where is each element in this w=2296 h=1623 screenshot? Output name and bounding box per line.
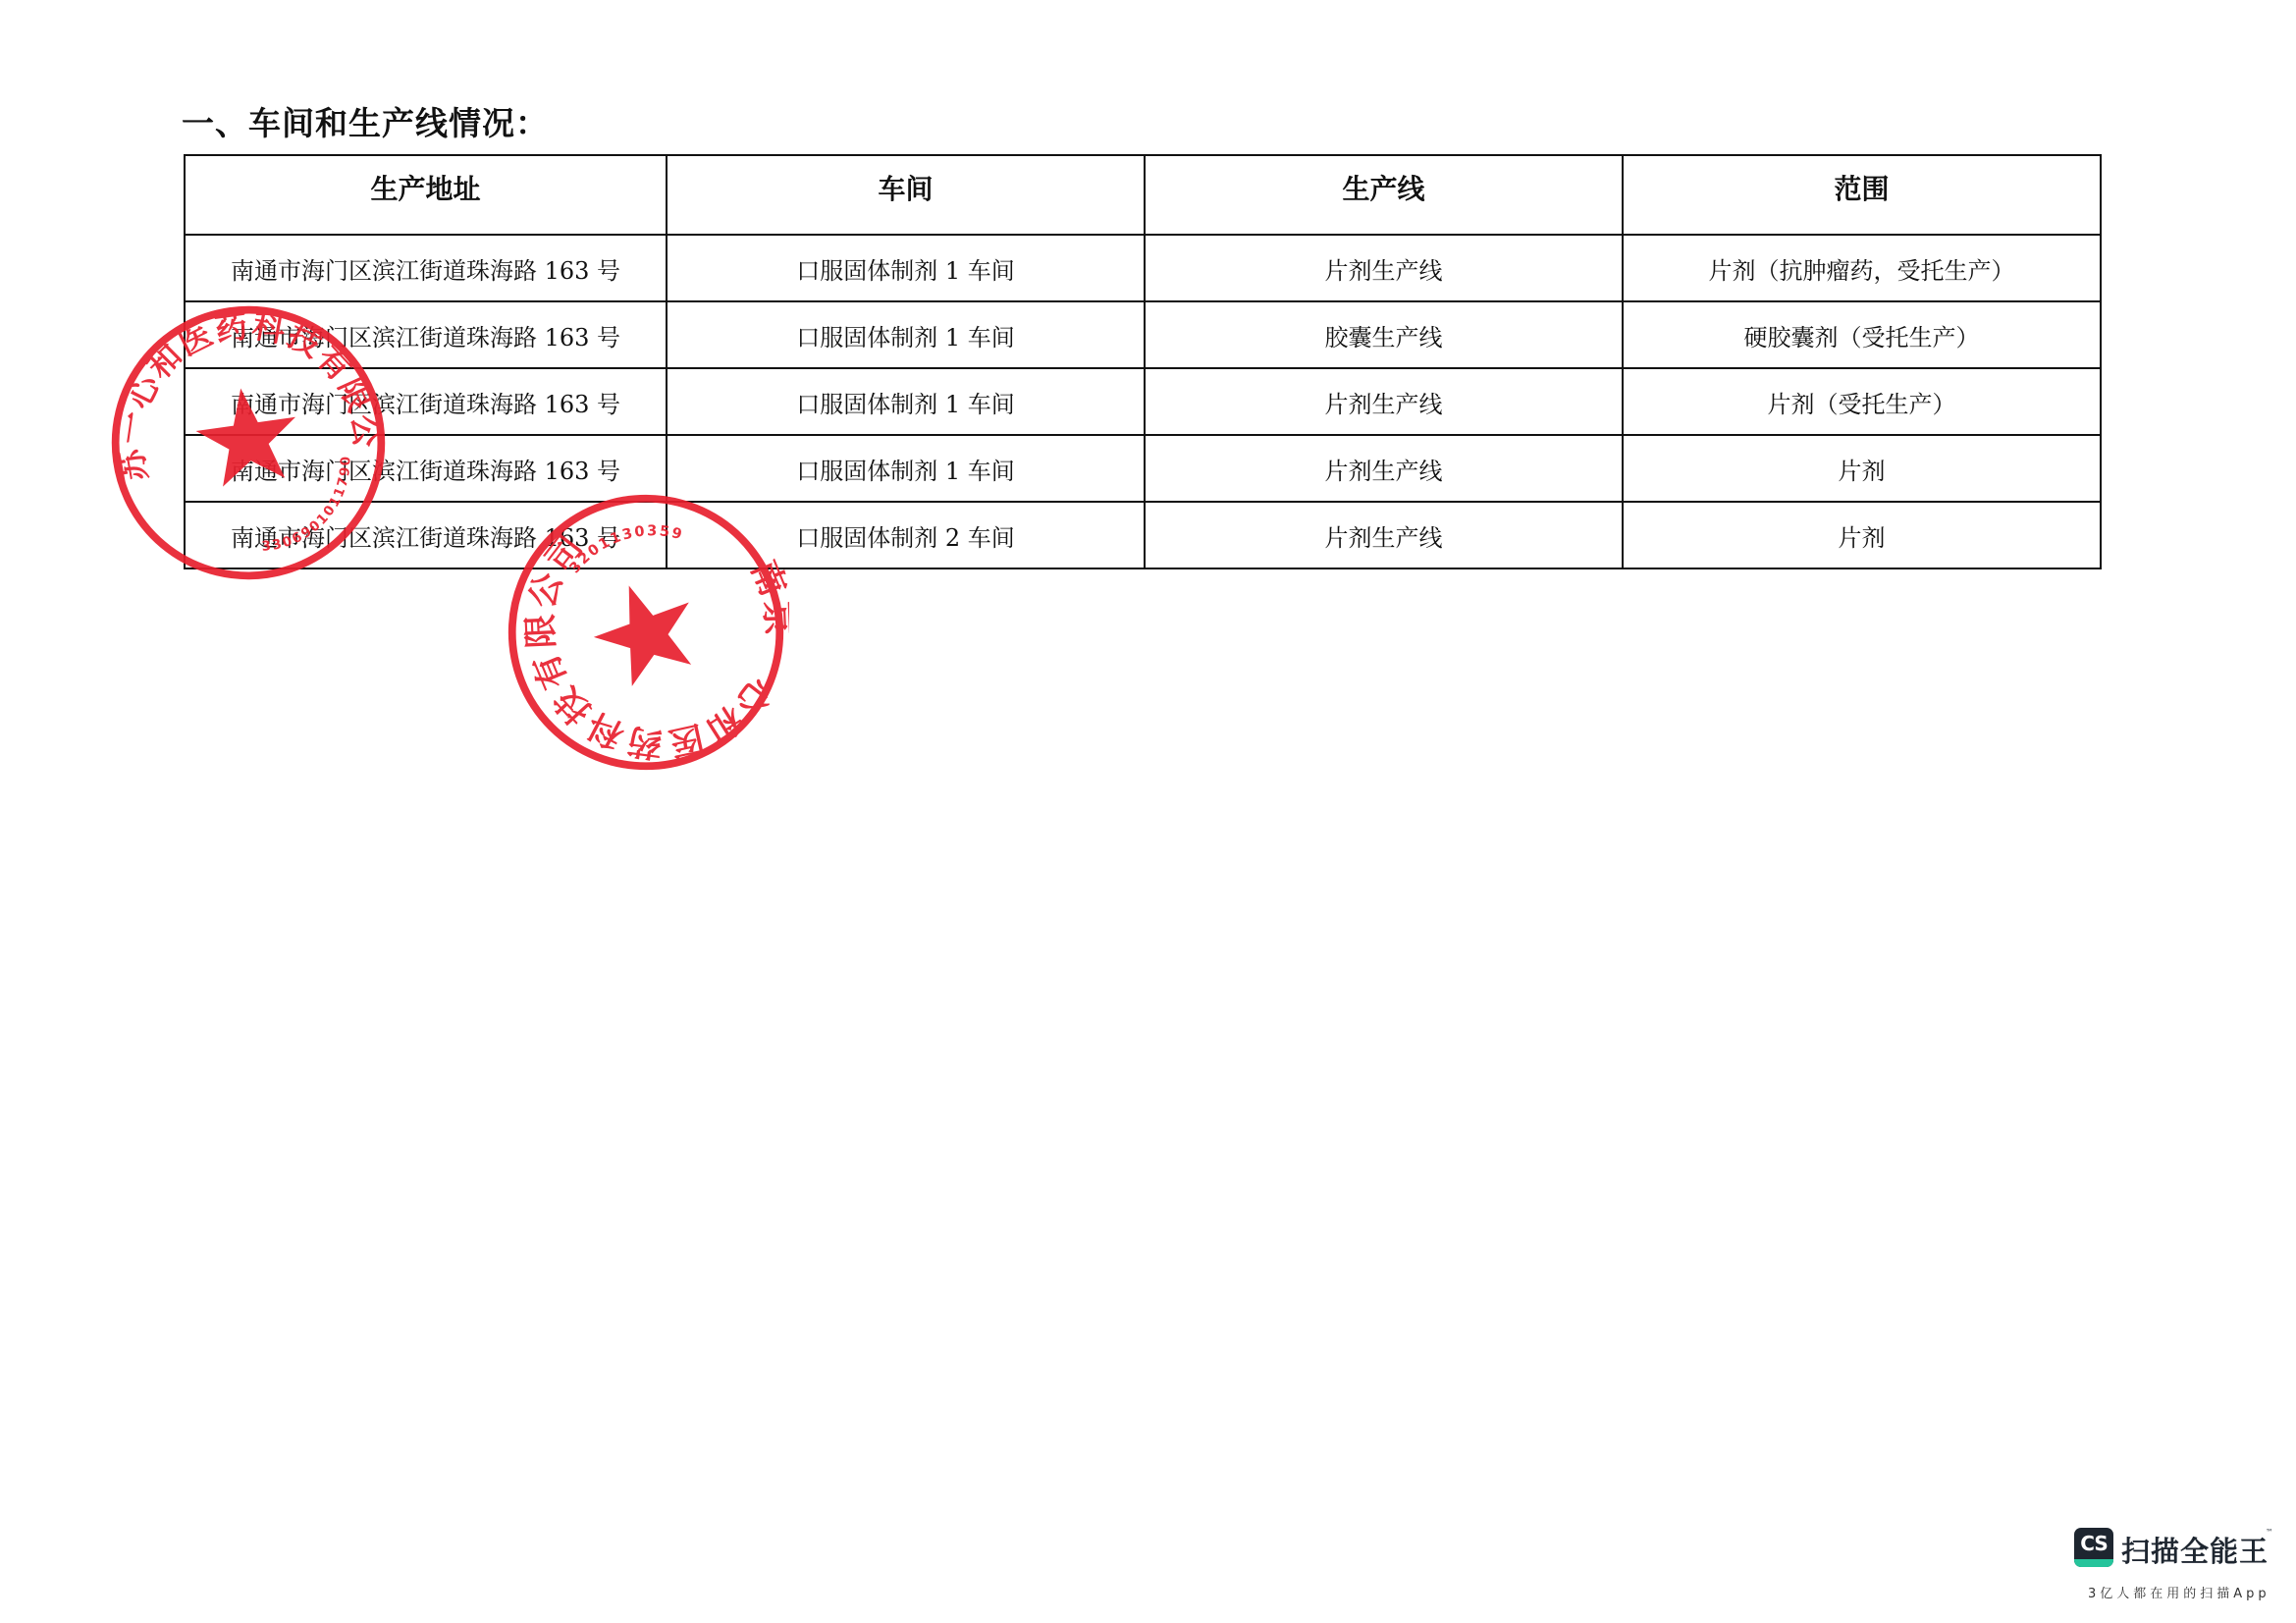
cell-address: 南通市海门区滨江街道珠海路 163 号 <box>185 368 667 435</box>
cell-workshop: 口服固体制剂 2 车间 <box>667 502 1145 568</box>
header-production-line: 生产线 <box>1145 155 1623 235</box>
cell-scope: 硬胶囊剂（受托生产） <box>1623 301 2101 368</box>
scanner-watermark: CS 扫描全能王 ™ 3亿人都在用的扫描App <box>2074 1528 2280 1606</box>
cell-address: 南通市海门区滨江街道珠海路 163 号 <box>185 435 667 502</box>
cell-address: 南通市海门区滨江街道珠海路 163 号 <box>185 502 667 568</box>
app-slogan: 3亿人都在用的扫描App <box>2088 1583 2270 1601</box>
cell-line: 片剂生产线 <box>1145 235 1623 301</box>
cell-workshop: 口服固体制剂 1 车间 <box>667 301 1145 368</box>
workshop-production-line-table: 生产地址 车间 生产线 范围 南通市海门区滨江街道珠海路 163 号 口服固体制… <box>184 154 2102 569</box>
seal-star-icon <box>581 568 709 693</box>
cell-scope: 片剂（抗肿瘤药，受托生产） <box>1623 235 2101 301</box>
cell-line: 片剂生产线 <box>1145 435 1623 502</box>
header-scope: 范围 <box>1623 155 2101 235</box>
header-workshop: 车间 <box>667 155 1145 235</box>
table-row: 南通市海门区滨江街道珠海路 163 号 口服固体制剂 1 车间 片剂生产线 片剂… <box>185 235 2101 301</box>
cell-scope: 片剂 <box>1623 435 2101 502</box>
table-row: 南通市海门区滨江街道珠海路 163 号 口服固体制剂 1 车间 片剂生产线 片剂… <box>185 368 2101 435</box>
cell-address: 南通市海门区滨江街道珠海路 163 号 <box>185 235 667 301</box>
section-title: 一、车间和生产线情况： <box>182 98 549 144</box>
logo-text: CS <box>2074 1532 2113 1555</box>
cell-address: 南通市海门区滨江街道珠海路 163 号 <box>185 301 667 368</box>
trademark: ™ <box>2266 1528 2273 1537</box>
cell-line: 片剂生产线 <box>1145 368 1623 435</box>
cell-line: 片剂生产线 <box>1145 502 1623 568</box>
cell-workshop: 口服固体制剂 1 车间 <box>667 235 1145 301</box>
cell-workshop: 口服固体制剂 1 车间 <box>667 368 1145 435</box>
app-name: 扫描全能王 <box>2121 1530 2269 1570</box>
table-row: 南通市海门区滨江街道珠海路 163 号 口服固体制剂 1 车间 胶囊生产线 硬胶… <box>185 301 2101 368</box>
cell-line: 胶囊生产线 <box>1145 301 1623 368</box>
table-row: 南通市海门区滨江街道珠海路 163 号 口服固体制剂 2 车间 片剂生产线 片剂 <box>185 502 2101 568</box>
cell-scope: 片剂 <box>1623 502 2101 568</box>
header-production-address: 生产地址 <box>185 155 667 235</box>
table-header-row: 生产地址 车间 生产线 范围 <box>185 155 2101 235</box>
cell-workshop: 口服固体制剂 1 车间 <box>667 435 1145 502</box>
table-row: 南通市海门区滨江街道珠海路 163 号 口服固体制剂 1 车间 片剂生产线 片剂 <box>185 435 2101 502</box>
camscanner-logo-icon: CS <box>2074 1528 2113 1567</box>
cell-scope: 片剂（受托生产） <box>1623 368 2101 435</box>
